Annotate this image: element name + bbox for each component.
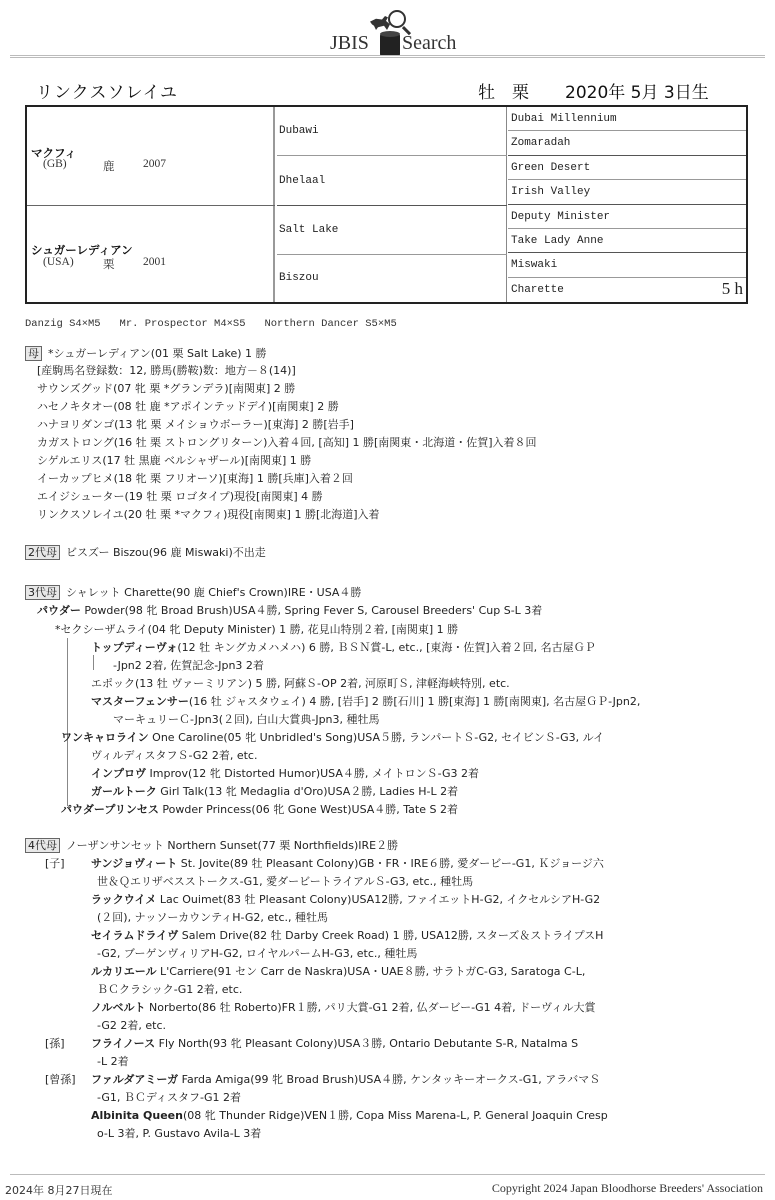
gen3-entry-name: トップディーヴォ (91, 641, 177, 654)
gen4-entry-cont: -G1, ＢＣディスタフ-G1 2着 (97, 1090, 241, 1106)
gen4-entry-cont: 世＆Ｑエリザベスストークス-G1, 愛ダービートライアルＳ-G3, etc., … (97, 874, 473, 890)
logo-text-jbis: JBIS (330, 32, 369, 55)
gen3-entry-text: (16 牡 ジャスタウェイ) 4 勝, [岩手] 2 勝[石川] 1 勝[東海]… (189, 695, 640, 708)
footer-date: 2024年 8月27日現在 (5, 1182, 113, 1198)
horse-sex: 牡 (478, 78, 495, 103)
gen4-entry-text: Fly North(93 牝 Pleasant Colony)USA３勝, On… (155, 1037, 578, 1050)
gen4-entry-name: ラックウイメ (91, 893, 156, 906)
dam-produce-item: サウンズグッド(07 牝 栗 *グランデラ)[南関東] 2 勝 (37, 381, 295, 397)
pedigree-gen3-2[interactable]: Green Desert (508, 156, 746, 180)
magnifier-icon (388, 10, 406, 28)
sire-year: 2007 (143, 158, 166, 170)
granddam-text: ビスズー Biszou(96 鹿 Miswaki)不出走 (66, 546, 266, 559)
dam-produce-item: カガストロング(16 牡 栗 ストロングリターン)入着４回, [高知] 1 勝[… (37, 435, 537, 451)
gen3-entry-name: マスターフェンサー (91, 695, 189, 708)
pedigree-dam-cell: シュガーレディアン (USA) 栗 2001 (27, 206, 275, 302)
pedigree-gen2-0[interactable]: Dubawi (277, 107, 507, 156)
gen4-entry-cont: -G2 2着, etc. (97, 1018, 166, 1034)
gen4-entry-text: Lac Ouimet(83 牡 Pleasant Colony)USA12勝, … (156, 893, 600, 906)
can-icon (380, 34, 400, 56)
gen4-head-line: 4代母ノーザンサンセット Northern Sunset(77 栗 Northf… (25, 838, 398, 854)
gen3-entry-text: Powder Princess(06 牝 Gone West)USA４勝, Ta… (159, 803, 458, 816)
gen4-entry-cont: ＢＣクラシック-G1 2着, etc. (97, 982, 242, 998)
gen4-badge: 4代母 (25, 838, 60, 853)
gen4-entry-name: Albinita Queen (91, 1109, 183, 1122)
gen3-entry-name: パウダープリンセス (61, 803, 159, 816)
header-divider (10, 55, 765, 58)
gen4-entry-text: (08 牝 Thunder Ridge)VEN１勝, Copa Miss Mar… (183, 1109, 608, 1122)
gen3-entry-name: パウダー (37, 604, 81, 617)
gen4-entry-cont: o-L 3着, P. Gustavo Avila-L 3着 (97, 1126, 261, 1142)
gen3-entry: *セクシーザムライ(04 牝 Deputy Minister) 1 勝, 花見山… (55, 622, 458, 638)
gen4-entry-text: St. Jovite(89 牡 Pleasant Colony)GB・FR・IR… (177, 857, 604, 870)
sire-color: 鹿 (103, 158, 115, 174)
dam-line-0: 母*シュガーレディアン(01 栗 Salt Lake) 1 勝 (25, 346, 267, 362)
gen4-entry: ルカリエール L'Carriere(91 セン Carr de Naskra)U… (91, 964, 585, 980)
gen3-entry-cont: ヴィルディスタフＳ-G2 2着, etc. (91, 748, 257, 764)
gen4-entry: セイラムドライヴ Salem Drive(82 牡 Darby Creek Ro… (91, 928, 603, 944)
logo-text-search: Search (402, 32, 456, 55)
pedigree-gen2: Dubawi Dhelaal Salt Lake Biszou (277, 107, 507, 302)
gen3-entry-name: ガールトーク (91, 785, 157, 798)
pedigree-gen3-6[interactable]: Miswaki (508, 253, 746, 277)
family-number: 5 h (722, 277, 743, 301)
gen4-entry-text: L'Carriere(91 セン Carr de Naskra)USA・UAE８… (157, 965, 586, 978)
sire-country: (GB) (43, 158, 67, 170)
granddam-badge: 2代母 (25, 545, 60, 560)
horse-icon (370, 16, 390, 30)
footer-divider (10, 1174, 765, 1176)
gen3-entry: マスターフェンサー(16 牡 ジャスタウェイ) 4 勝, [岩手] 2 勝[石川… (91, 694, 640, 710)
pedigree-gen3-1[interactable]: Zomaradah (508, 131, 746, 155)
gen3-entry: エポック(13 牡 ヴァーミリアン) 5 勝, 阿蘇Ｓ-OP 2着, 河原町Ｓ,… (91, 676, 510, 692)
dam-year: 2001 (143, 256, 166, 268)
pedigree-gen1: マクフィ (GB) 鹿 2007 シュガーレディアン (USA) 栗 2001 (27, 107, 275, 302)
gen3-entry: ワンキャロライン One Caroline(05 牝 Unbridled's S… (61, 730, 604, 746)
dam-badge: 母 (25, 346, 42, 361)
gen3-entry: インプロヴ Improv(12 牝 Distorted Humor)USA４勝,… (91, 766, 479, 782)
gen3-entry-text: Powder(98 牝 Broad Brush)USA４勝, Spring Fe… (81, 604, 542, 617)
gen3-entry-name: インプロヴ (91, 767, 146, 780)
gen3-entry: ガールトーク Girl Talk(13 牝 Medaglia d'Oro)USA… (91, 784, 458, 800)
gen4-entry: ファルダアミーガ Farda Amiga(99 牝 Broad Brush)US… (91, 1072, 600, 1088)
gen4-entry-cont: -G2, ブーゲンヴィリアH-G2, ロイヤルパームH-G3, etc., 種牡… (97, 946, 417, 962)
gen3-head-text: シャレット Charette(90 鹿 Chief's Crown)IRE・US… (66, 586, 361, 599)
granddam-line: 2代母ビスズー Biszou(96 鹿 Miswaki)不出走 (25, 545, 266, 561)
inbreeding-crosses: Danzig S4×M5 Mr. Prospector M4×S5 Northe… (25, 318, 397, 330)
dam-produce-summary: [産駒馬名登録数：12, 勝馬(勝鞍)数：地方－８(14)] (37, 363, 296, 379)
dam-produce-item: リンクスソレイユ(20 牡 栗 *マクフィ)現役[南関東] 1 勝[北海道]入着 (37, 507, 380, 523)
gen4-label-great-grandchild: [曾孫] (45, 1072, 76, 1088)
gen3-entry: パウダープリンセス Powder Princess(06 牝 Gone West… (61, 802, 458, 818)
horse-name: リンクスソレイユ (36, 78, 178, 103)
dam-color: 栗 (103, 256, 115, 272)
gen4-entry-name: ファルダアミーガ (91, 1073, 178, 1086)
pedigree-gen3-7-name: Charette (511, 284, 564, 296)
gen4-entry-name: ノルベルト (91, 1001, 146, 1014)
gen4-entry-name: ルカリエール (91, 965, 157, 978)
gen4-entry: ノルベルト Norberto(86 牡 Roberto)FR１勝, パリ大賞-G… (91, 1000, 595, 1016)
pedigree-table: マクフィ (GB) 鹿 2007 シュガーレディアン (USA) 栗 2001 … (25, 105, 748, 304)
pedigree-gen3-4[interactable]: Deputy Minister (508, 205, 746, 229)
gen4-entry: フライノース Fly North(93 牝 Pleasant Colony)US… (91, 1036, 578, 1052)
horse-color: 栗 (512, 78, 529, 103)
pedigree-gen3-0[interactable]: Dubai Millennium (508, 107, 746, 131)
tree-connector-line (67, 638, 68, 806)
gen3-head-line: 3代母シャレット Charette(90 鹿 Chief's Crown)IRE… (25, 585, 361, 601)
dam-produce-item: イーカップヒメ(18 牝 栗 フリオーソ)[東海] 1 勝[兵庫]入着２回 (37, 471, 353, 487)
gen3-badge: 3代母 (25, 585, 60, 600)
footer-copyright: Copyright 2024 Japan Bloodhorse Breeders… (492, 1181, 763, 1196)
gen4-entry-name: フライノース (91, 1037, 155, 1050)
gen4-entry-text: Norberto(86 牡 Roberto)FR１勝, パリ大賞-G1 2着, … (146, 1001, 596, 1014)
gen4-entry-text: Salem Drive(82 牡 Darby Creek Road) 1 勝, … (178, 929, 603, 942)
jbis-search-logo[interactable]: JBIS Search (330, 10, 460, 54)
tree-connector-line (93, 655, 94, 670)
gen4-entry-cont: -L 2着 (97, 1054, 129, 1070)
pedigree-gen3-5[interactable]: Take Lady Anne (508, 229, 746, 253)
dam-produce-item: シゲルエリス(17 牡 黒鹿 ベルシャザール)[南関東] 1 勝 (37, 453, 311, 469)
gen4-entry: ラックウイメ Lac Ouimet(83 牡 Pleasant Colony)U… (91, 892, 600, 908)
gen3-entry: トップディーヴォ(12 牡 キングカメハメハ) 6 勝, ＢＳＮ賞-L, etc… (91, 640, 596, 656)
gen3-entry: パウダー Powder(98 牝 Broad Brush)USA４勝, Spri… (37, 603, 542, 619)
pedigree-gen3-7[interactable]: Charette 5 h (508, 278, 746, 302)
pedigree-gen2-3[interactable]: Biszou (277, 255, 507, 302)
pedigree-sire-cell: マクフィ (GB) 鹿 2007 (27, 107, 275, 206)
pedigree-gen2-1[interactable]: Dhelaal (277, 156, 507, 206)
gen4-head-text: ノーザンサンセット Northern Sunset(77 栗 Northfiel… (66, 839, 398, 852)
gen4-label-grandchild: [孫] (45, 1036, 65, 1052)
gen4-label-child: [子] (45, 856, 65, 872)
gen3-entry-cont: マーキュリーＣ-Jpn3(２回), 白山大賞典-Jpn3, 種牡馬 (113, 712, 380, 728)
dam-produce-item: ハセノキタオー(08 牡 鹿 *アポインテッドデイ)[南関東] 2 勝 (37, 399, 339, 415)
dam-main-line: *シュガーレディアン(01 栗 Salt Lake) 1 勝 (48, 347, 267, 360)
dam-produce-item: エイジシューター(19 牡 栗 ロゴタイプ)現役[南関東] 4 勝 (37, 489, 323, 505)
gen4-entry-text: Farda Amiga(99 牝 Broad Brush)USA４勝, ケンタッ… (178, 1073, 600, 1086)
gen3-entry-name: ワンキャロライン (61, 731, 149, 744)
gen4-entry: サンジョヴィート St. Jovite(89 牡 Pleasant Colony… (91, 856, 604, 872)
gen3-entry-text: (12 牡 キングカメハメハ) 6 勝, ＢＳＮ賞-L, etc., [東海・佐… (177, 641, 595, 654)
dam-country: (USA) (43, 256, 74, 268)
pedigree-gen3: Dubai Millennium Zomaradah Green Desert … (508, 107, 746, 302)
gen3-entry-text: One Caroline(05 牝 Unbridled's Song)USA５勝… (149, 731, 604, 744)
dam-produce-item: ハナヨリダンゴ(13 牝 栗 メイショウボーラー)[東海] 2 勝[岩手] (37, 417, 354, 433)
gen4-entry: Albinita Queen(08 牝 Thunder Ridge)VEN１勝,… (91, 1108, 608, 1124)
gen3-entry-text: Improv(12 牝 Distorted Humor)USA４勝, メイトロン… (146, 767, 479, 780)
pedigree-gen2-2[interactable]: Salt Lake (277, 206, 507, 255)
gen3-entry-text: Girl Talk(13 牝 Medaglia d'Oro)USA２勝, Lad… (157, 785, 458, 798)
gen4-entry-name: サンジョヴィート (91, 857, 177, 870)
header: JBIS Search (0, 0, 775, 62)
gen4-entry-name: セイラムドライヴ (91, 929, 178, 942)
gen4-entry-cont: (２回), ナッソーカウンティH-G2, etc., 種牡馬 (97, 910, 328, 926)
pedigree-gen3-3[interactable]: Irish Valley (508, 180, 746, 204)
horse-birthdate: 2020年 5月 3日生 (565, 78, 709, 103)
gen3-entry-cont: -Jpn2 2着, 佐賀記念-Jpn3 2着 (113, 658, 264, 674)
